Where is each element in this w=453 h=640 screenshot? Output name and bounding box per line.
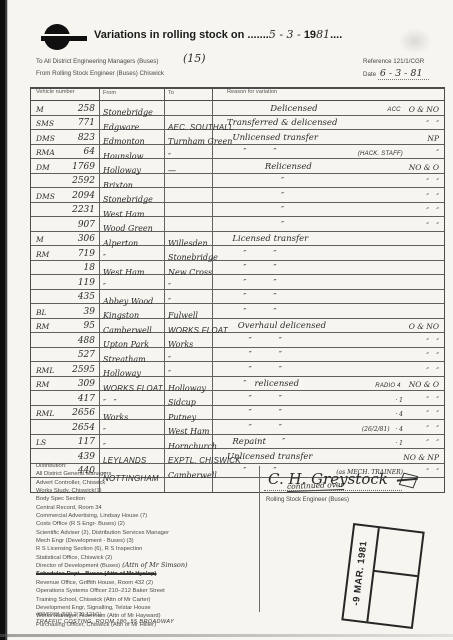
to-cell: WORKS FLOAT <box>165 319 213 333</box>
status-marks: ″ <box>411 148 439 157</box>
vehicle-cell: DMS2094 <box>31 188 100 202</box>
distribution-item-text: Central Record, Room 34 <box>36 505 102 511</box>
vehicle-number: 258 <box>78 104 95 114</box>
reason-value: ″ ″ <box>227 278 277 288</box>
vehicle-class: BL <box>36 308 47 317</box>
scanned-form-page: Variations in rolling stock on .......5 … <box>0 0 453 640</box>
reason-value: Repaint ″ <box>227 437 285 447</box>
distribution-item: Training School, Chiswick (Attn of Mr Ca… <box>36 596 257 604</box>
vehicle-number: 417 <box>78 394 95 404</box>
from-cell: ″ <box>100 435 165 449</box>
reason-extra: RADIO 4 <box>375 384 400 390</box>
distribution-item: Development Engr, Signalling, Telstar Ho… <box>36 604 257 612</box>
vehicle-cell: 439 <box>31 449 100 463</box>
status-marks: ″ ″ <box>411 438 439 447</box>
table-row: 119 ″ ″ ″ ″ <box>31 275 444 290</box>
received-date-stamp: -9 MAR. 1981 <box>341 523 424 629</box>
vehicle-number: 1769 <box>72 162 95 172</box>
column-header-from: From <box>100 89 165 100</box>
to-cell: Stonebridge <box>165 246 213 260</box>
status-marks: ″ ″ <box>411 351 439 360</box>
date-line: Date 6 - 3 - 81 <box>363 68 429 79</box>
to-cell <box>165 101 213 115</box>
reason-value: ″ <box>227 191 284 201</box>
distribution-item: Advert Controller, Chiswick <box>36 479 257 487</box>
vehicle-cell: RM719 <box>31 246 100 260</box>
date-label: Date <box>363 71 376 78</box>
reason-cell: ″ ″″ ″ <box>213 333 444 347</box>
vehicle-number: 18 <box>84 263 95 273</box>
distribution-item-text: Scientific Adviser (2), Distribution Ser… <box>36 530 169 536</box>
vehicle-class: RML <box>36 366 54 375</box>
vehicle-number: 488 <box>78 336 95 346</box>
vehicle-cell: RM95 <box>31 319 100 333</box>
table-row: BL39 Kingston Fulwell ″ ″ <box>31 304 444 319</box>
to-cell: Fulwell <box>165 304 213 318</box>
reason-cell: Unlicensed transferNO & NP <box>213 449 444 463</box>
vehicle-number: 435 <box>78 292 95 302</box>
handwritten-date-value: 6 - 3 - 81 <box>378 68 429 80</box>
to-cell: ″ <box>165 145 213 159</box>
from-cell: Holloway <box>100 159 165 173</box>
distribution-item-text: Commercial Advertising, Lindsay House (7… <box>36 513 147 519</box>
signature-name: C. H. Greystock <box>264 470 402 491</box>
london-transport-roundel-icon <box>44 24 90 52</box>
table-row: RML2595 Holloway ″ ″ ″″ ″ <box>31 362 444 377</box>
status-marks: ″ ″ <box>411 337 439 346</box>
reason-cell: ″ ″· 4″ ″ <box>213 406 444 420</box>
from-cell: Upton Park <box>100 333 165 347</box>
vehicle-number: 2231 <box>72 205 95 215</box>
reason-value: ″ ″ <box>227 365 282 375</box>
vehicle-number: 64 <box>84 147 95 157</box>
from-cell: Stonebridge <box>100 101 165 115</box>
distribution-item-text: Revenue Office, Griffith House, Room 432… <box>36 580 153 586</box>
table-row: RMA64 Hounslow ″ ″ ″(HACK. STAFF)″ <box>31 145 444 160</box>
vehicle-cell: 2592 <box>31 174 100 188</box>
reason-value: ″ ″ <box>227 336 282 346</box>
status-marks: ″ ″ <box>411 424 439 433</box>
to-cell: Willesden <box>165 232 213 246</box>
from-cell: ″ <box>100 275 165 289</box>
reason-extra: (26/2/81) · 4 <box>362 426 403 433</box>
scan-smudge <box>398 28 432 54</box>
table-header-row: Vehicle number From To Reason for variat… <box>31 89 444 101</box>
reason-extra: · 1 <box>395 397 403 404</box>
reason-value: ″ ″ <box>227 292 277 302</box>
from-cell: ″ <box>100 420 165 434</box>
column-header-reason: Reason for variation <box>213 89 444 100</box>
reason-value: ″ ″ <box>227 350 282 360</box>
vehicle-number: 2656 <box>72 408 95 418</box>
variations-table: Vehicle number From To Reason for variat… <box>30 87 445 493</box>
stamp-date: -9 MAR. 1981 <box>351 540 370 606</box>
reason-cell: Overhaul delicensedO & NO <box>213 319 444 333</box>
vehicle-number: 907 <box>78 220 95 230</box>
vehicle-cell: LS117 <box>31 435 100 449</box>
from-cell: Edgware <box>100 116 165 130</box>
distribution-heading: Distribution: <box>36 463 257 470</box>
reason-cell: ″″ ″ <box>213 217 444 231</box>
to-cell <box>165 174 213 188</box>
reason-cell: ″ relicensedRADIO 4NO & O <box>213 377 444 391</box>
distribution-block: Distribution: All District General Manag… <box>36 463 257 629</box>
reason-value: ″ ″ <box>227 408 282 418</box>
distribution-item: Director of Development (Buses)(Attn of … <box>36 562 257 570</box>
vertical-divider <box>259 466 260 612</box>
from-cell: WORKS FLOAT <box>100 377 165 391</box>
distribution-item-text: R S Licensing Section (6), R S Inspectio… <box>36 546 142 552</box>
reason-cell: ″ ″ <box>213 290 444 304</box>
reason-value: ″ ″ <box>227 147 277 157</box>
vehicle-cell: DM1769 <box>31 159 100 173</box>
from-cell: Holloway <box>100 362 165 376</box>
to-cell <box>165 217 213 231</box>
vehicle-number: 2094 <box>72 191 95 201</box>
status-marks: O & NO <box>409 105 439 114</box>
vehicle-number: 306 <box>78 234 95 244</box>
table-row: 417 ″ ″ Sidcup ″ ″· 1″ ″ <box>31 391 444 406</box>
to-cell: — <box>165 159 213 173</box>
vehicle-number: 771 <box>78 118 95 128</box>
reason-value: Unlicensed transfer <box>227 452 313 462</box>
status-marks: NO & O <box>409 163 439 172</box>
vehicle-cell: DMS823 <box>31 130 100 144</box>
handwritten-year: 81 <box>316 28 330 41</box>
table-row: 2592 Brixton ″″ ″ <box>31 174 444 189</box>
distribution-item: Operations Systems Officer 210–212 Baker… <box>36 587 257 595</box>
vehicle-cell: BL39 <box>31 304 100 318</box>
to-cell: ″ <box>165 362 213 376</box>
table-row: M258 Stonebridge DelicensedACCO & NO <box>31 101 444 116</box>
to-cell: Hornchurch <box>165 435 213 449</box>
vehicle-number: 117 <box>78 437 95 447</box>
to-cell: Sidcup <box>165 391 213 405</box>
reason-value: Relicensed <box>227 162 312 172</box>
vehicle-cell: M306 <box>31 232 100 246</box>
printed-year-prefix: 19 <box>304 29 316 41</box>
title-dots: ....... <box>247 29 268 41</box>
reason-cell: Licensed transfer <box>213 232 444 246</box>
handwritten-footer-note: TRAFFIC COSTING, ROOM 180, 55 BROADWAY <box>36 619 174 625</box>
to-cell: West Ham <box>165 420 213 434</box>
table-row: 2231 West Ham ″″ ″ <box>31 203 444 218</box>
reason-cell: Transferred & delicensed″ ″ <box>213 116 444 130</box>
distribution-item: Costs Office (R S Engr- Buses) (2) <box>36 520 257 528</box>
distribution-item-text: Mech Engr (Development - Buses) (3) <box>36 538 134 544</box>
table-row: RM309 WORKS FLOAT Holloway ″ relicensedR… <box>31 377 444 392</box>
to-cell <box>165 188 213 202</box>
vehicle-class: DMS <box>36 192 55 201</box>
vehicle-class: M <box>36 235 44 244</box>
to-cell: Turnham Green <box>165 130 213 144</box>
distribution-item: Schedules Dept—Buses (Attn of Mr Hyslop) <box>36 570 257 578</box>
from-cell: ″ ″ <box>100 391 165 405</box>
distribution-item-note: (Attn of Mr Simson) <box>122 561 187 569</box>
signature-role: Rolling Stock Engineer (Buses) <box>266 497 349 503</box>
table-row: RM95 Camberwell WORKS FLOAT Overhaul del… <box>31 319 444 334</box>
reason-cell: ″ ″· 1″ ″ <box>213 391 444 405</box>
status-marks: ″ ″ <box>411 119 439 128</box>
to-cell: EXPTL. CHISWICK <box>165 449 213 463</box>
vehicle-cell: 2654 <box>31 420 100 434</box>
vehicle-class: RM <box>36 322 49 331</box>
to-line: To All District Engineering Managers (Bu… <box>36 58 158 65</box>
to-cell: Putney <box>165 406 213 420</box>
from-cell: LEYLANDS NOTTINGHAM <box>100 449 165 463</box>
status-marks: ″ ″ <box>411 192 439 201</box>
distribution-item: All District General Managers <box>36 470 257 478</box>
table-row: DMS823 Edmonton Turnham Green Unlicensed… <box>31 130 444 145</box>
vehicle-number: 309 <box>78 379 95 389</box>
reason-cell: ″″ ″ <box>213 174 444 188</box>
reason-value: Overhaul delicensed <box>227 321 326 331</box>
trailing-dots: .... <box>330 29 342 41</box>
table-row: 527 Streatham ″ ″ ″″ ″ <box>31 348 444 363</box>
column-header-vehicle: Vehicle number <box>31 89 100 100</box>
table-row: RM719 ″ Stonebridge ″ ″ <box>31 246 444 261</box>
distribution-item: Commercial Advertising, Lindsay House (7… <box>36 512 257 520</box>
reason-extra: · 4 <box>395 411 403 418</box>
from-cell: Wood Green <box>100 217 165 231</box>
status-marks: O & NO <box>409 322 439 331</box>
from-cell: Camberwell <box>100 319 165 333</box>
reason-cell: ″ ″″ ″ <box>213 348 444 362</box>
distribution-item-text: All District General Managers <box>36 471 111 477</box>
distribution-item: Central Record, Room 34 <box>36 504 257 512</box>
from-cell: Works <box>100 406 165 420</box>
from-cell: West Ham <box>100 261 165 275</box>
from-cell: West Ham <box>100 203 165 217</box>
table-row: M306 Alperton Willesden Licensed transfe… <box>31 232 444 247</box>
vehicle-cell: RM309 <box>31 377 100 391</box>
scan-edge-bottom <box>0 634 453 637</box>
status-marks: ″ ″ <box>411 366 439 375</box>
distribution-item: Mech Engr (Development - Buses) (3) <box>36 537 257 545</box>
reason-cell: ″ ″″ ″ <box>213 362 444 376</box>
handwritten-date-day-month: 5 - 3 - <box>269 28 301 41</box>
from-cell: Kingston <box>100 304 165 318</box>
reason-cell: ″ ″ <box>213 275 444 289</box>
handwritten-annotation-15: (15) <box>183 52 206 65</box>
vehicle-number: 39 <box>84 307 95 317</box>
reason-extra: · 1 <box>395 440 403 447</box>
to-cell: New Cross <box>165 261 213 275</box>
vehicle-number: 2595 <box>72 365 95 375</box>
reason-extra: (HACK. STAFF) <box>358 152 403 158</box>
table-rows: M258 Stonebridge DelicensedACCO & NO SMS… <box>31 101 444 478</box>
to-cell: Holloway <box>165 377 213 391</box>
from-cell: ″ <box>100 246 165 260</box>
distribution-item-text: Works Study, Chiswick(1) <box>36 488 102 494</box>
to-cell: ″ <box>165 290 213 304</box>
status-marks: ″ ″ <box>411 409 439 418</box>
scan-edge-left <box>0 0 8 640</box>
reason-value: ″ <box>227 176 284 186</box>
reason-cell: Unlicensed transferNP <box>213 130 444 144</box>
from-cell: Abbey Wood <box>100 290 165 304</box>
reason-cell: ″ ″ <box>213 246 444 260</box>
distribution-item: R S Licensing Section (6), R S Inspectio… <box>36 545 257 553</box>
status-marks: ″ ″ <box>411 177 439 186</box>
reason-value: ″ ″ <box>227 249 277 259</box>
status-marks: ″ ″ <box>411 395 439 404</box>
reason-cell: ″ ″(26/2/81) · 4″ ″ <box>213 420 444 434</box>
distribution-item-text: Statistical Office, Chiswick (2) <box>36 555 112 561</box>
reason-value: ″ ″ <box>227 394 282 404</box>
table-row: RML2656 Works Putney ″ ″· 4″ ″ <box>31 406 444 421</box>
vehicle-number: 119 <box>78 278 95 288</box>
vehicle-class: DMS <box>36 134 55 143</box>
reason-value: ″ ″ <box>227 263 277 273</box>
to-cell: AEC. SOUTHALL <box>165 116 213 130</box>
table-row: DMS2094 Stonebridge ″″ ″ <box>31 188 444 203</box>
to-cell: ″ <box>165 348 213 362</box>
table-row: 488 Upton Park Works ″ ″″ ″ <box>31 333 444 348</box>
vehicle-cell: 488 <box>31 333 100 347</box>
reason-cell: ″ ″ <box>213 304 444 318</box>
distribution-item-text: Training School, Chiswick (Attn of Mr Ca… <box>36 597 150 603</box>
vehicle-class: M <box>36 105 44 114</box>
distribution-item: Scientific Adviser (2), Distribution Ser… <box>36 529 257 537</box>
reason-value: ″ ″ <box>227 423 282 433</box>
vehicle-class: RM <box>36 250 49 259</box>
vehicle-cell: RMA64 <box>31 145 100 159</box>
vehicle-class: LS <box>36 438 46 447</box>
vehicle-cell: SMS771 <box>31 116 100 130</box>
status-marks: NO & NP <box>403 453 439 462</box>
distribution-item-text: Director of Development (Buses) <box>36 563 120 569</box>
reason-extra: ACC <box>387 108 400 114</box>
vehicle-cell: 119 <box>31 275 100 289</box>
to-cell <box>165 203 213 217</box>
reason-cell: Repaint ″· 1″ ″ <box>213 435 444 449</box>
table-row: LS117 ″ Hornchurch Repaint ″· 1″ ″ <box>31 435 444 450</box>
to-cell: ″ <box>165 275 213 289</box>
to-cell: Works <box>165 333 213 347</box>
vehicle-class: RML <box>36 409 54 418</box>
title-text: Variations in rolling stock on <box>94 29 244 41</box>
table-row: 18 West Ham New Cross ″ ″ <box>31 261 444 276</box>
table-row: 439 LEYLANDS NOTTINGHAM EXPTL. CHISWICK … <box>31 449 444 464</box>
vehicle-cell: RML2595 <box>31 362 100 376</box>
from-cell: Brixton <box>100 174 165 188</box>
distribution-item-text: Advert Controller, Chiswick <box>36 480 105 486</box>
from-cell: Stonebridge <box>100 188 165 202</box>
vehicle-class: RM <box>36 380 49 389</box>
status-marks: ″ ″ <box>411 206 439 215</box>
vehicle-cell: 907 <box>31 217 100 231</box>
vehicle-number: 439 <box>78 452 95 462</box>
from-cell: Alperton <box>100 232 165 246</box>
table-row: 907 Wood Green ″″ ″ <box>31 217 444 232</box>
distribution-item-text: Costs Office (R S Engr- Buses) (2) <box>36 521 125 527</box>
from-cell: Hounslow <box>100 145 165 159</box>
reason-cell: ″″ ″ <box>213 188 444 202</box>
vehicle-number: 2654 <box>72 423 95 433</box>
vehicle-class: DM <box>36 163 50 172</box>
vehicle-class: SMS <box>36 119 54 128</box>
reason-value: ″ <box>227 220 284 230</box>
table-row: 435 Abbey Wood ″ ″ ″ <box>31 290 444 305</box>
vehicle-cell: RML2656 <box>31 406 100 420</box>
form-title: Variations in rolling stock on .......5 … <box>94 28 342 41</box>
reason-value: Delicensed <box>227 104 318 114</box>
vehicle-cell: 18 <box>31 261 100 275</box>
reason-cell: ″″ ″ <box>213 203 444 217</box>
reference-line: Reference 121/1/CGR <box>363 58 424 65</box>
column-header-to: To <box>165 89 213 100</box>
distribution-item: Body Spec Section <box>36 495 257 503</box>
distribution-item: Works Study, Chiswick(1) <box>36 487 257 495</box>
distribution-item-text: Development Engr, Signalling, Telstar Ho… <box>36 605 151 611</box>
table-row: 2654 ″ West Ham ″ ″(26/2/81) · 4″ ″ <box>31 420 444 435</box>
reason-cell: RelicensedNO & O <box>213 159 444 173</box>
vehicle-number: 719 <box>78 249 95 259</box>
status-marks: NO & O <box>409 380 439 389</box>
reason-value: Transferred & delicensed <box>227 118 337 128</box>
vehicle-class: RMA <box>36 148 55 157</box>
distribution-item-text: Operations Systems Officer 210–212 Baker… <box>36 588 165 594</box>
distribution-item-text: Schedules Dept—Buses (Attn of Mr Hyslop) <box>36 571 156 577</box>
form-number: 408/69(1) (500 2/79 121/1) <box>36 612 101 618</box>
status-marks: NP <box>411 134 439 143</box>
distribution-item-text: Body Spec Section <box>36 496 85 502</box>
reason-value: Licensed transfer <box>227 234 308 244</box>
reason-value: ″ ″ <box>227 307 277 317</box>
reason-cell: ″ ″(HACK. STAFF)″ <box>213 145 444 159</box>
vehicle-number: 95 <box>84 321 95 331</box>
reason-cell: DelicensedACCO & NO <box>213 101 444 115</box>
reason-value: ″ relicensed <box>227 379 299 389</box>
reason-cell: ″ ″ <box>213 261 444 275</box>
from-cell: Edmonton <box>100 130 165 144</box>
from-line: From Rolling Stock Engineer (Buses) Chis… <box>36 70 164 77</box>
vehicle-cell: M258 <box>31 101 100 115</box>
vehicle-number: 2592 <box>72 176 95 186</box>
table-row: DM1769 Holloway — RelicensedNO & O <box>31 159 444 174</box>
vehicle-number: 823 <box>78 133 95 143</box>
vehicle-cell: 417 <box>31 391 100 405</box>
status-marks: ″ ″ <box>411 221 439 230</box>
reason-value: ″ <box>227 205 284 215</box>
table-row: SMS771 Edgware AEC. SOUTHALL Transferred… <box>31 116 444 131</box>
from-cell: Streatham <box>100 348 165 362</box>
vehicle-cell: 527 <box>31 348 100 362</box>
distribution-list: All District General ManagersAdvert Cont… <box>36 470 257 629</box>
vehicle-cell: 435 <box>31 290 100 304</box>
reason-value: Unlicensed transfer <box>227 133 318 143</box>
vehicle-number: 527 <box>78 350 95 360</box>
vehicle-cell: 2231 <box>31 203 100 217</box>
distribution-item: Revenue Office, Griffith House, Room 432… <box>36 579 257 587</box>
